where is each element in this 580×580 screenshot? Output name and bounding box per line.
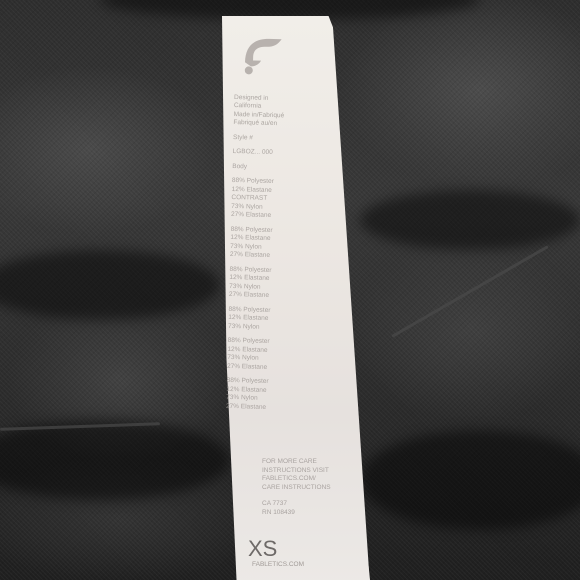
size-text: XS <box>248 536 277 562</box>
brand-logo-icon <box>239 32 284 77</box>
care-line: FABLETICS.COM/ <box>262 475 331 484</box>
care-line: FOR MORE CARE <box>262 458 331 467</box>
fabric-fold-shadow <box>360 190 580 250</box>
care-line: INSTRUCTIONS VISIT <box>262 467 331 476</box>
label-text: Designed in California Made in/Fabriqué … <box>226 24 336 413</box>
rn-code: RN 108439 <box>262 509 331 518</box>
care-line: CARE INSTRUCTIONS <box>262 484 331 493</box>
photo-scene: Designed in California Made in/Fabriqué … <box>0 0 580 580</box>
care-instructions: FOR MORE CARE INSTRUCTIONS VISIT FABLETI… <box>262 458 331 517</box>
website-text: FABLETICS.COM <box>252 561 304 568</box>
ca-code: CA 7737 <box>262 500 331 509</box>
